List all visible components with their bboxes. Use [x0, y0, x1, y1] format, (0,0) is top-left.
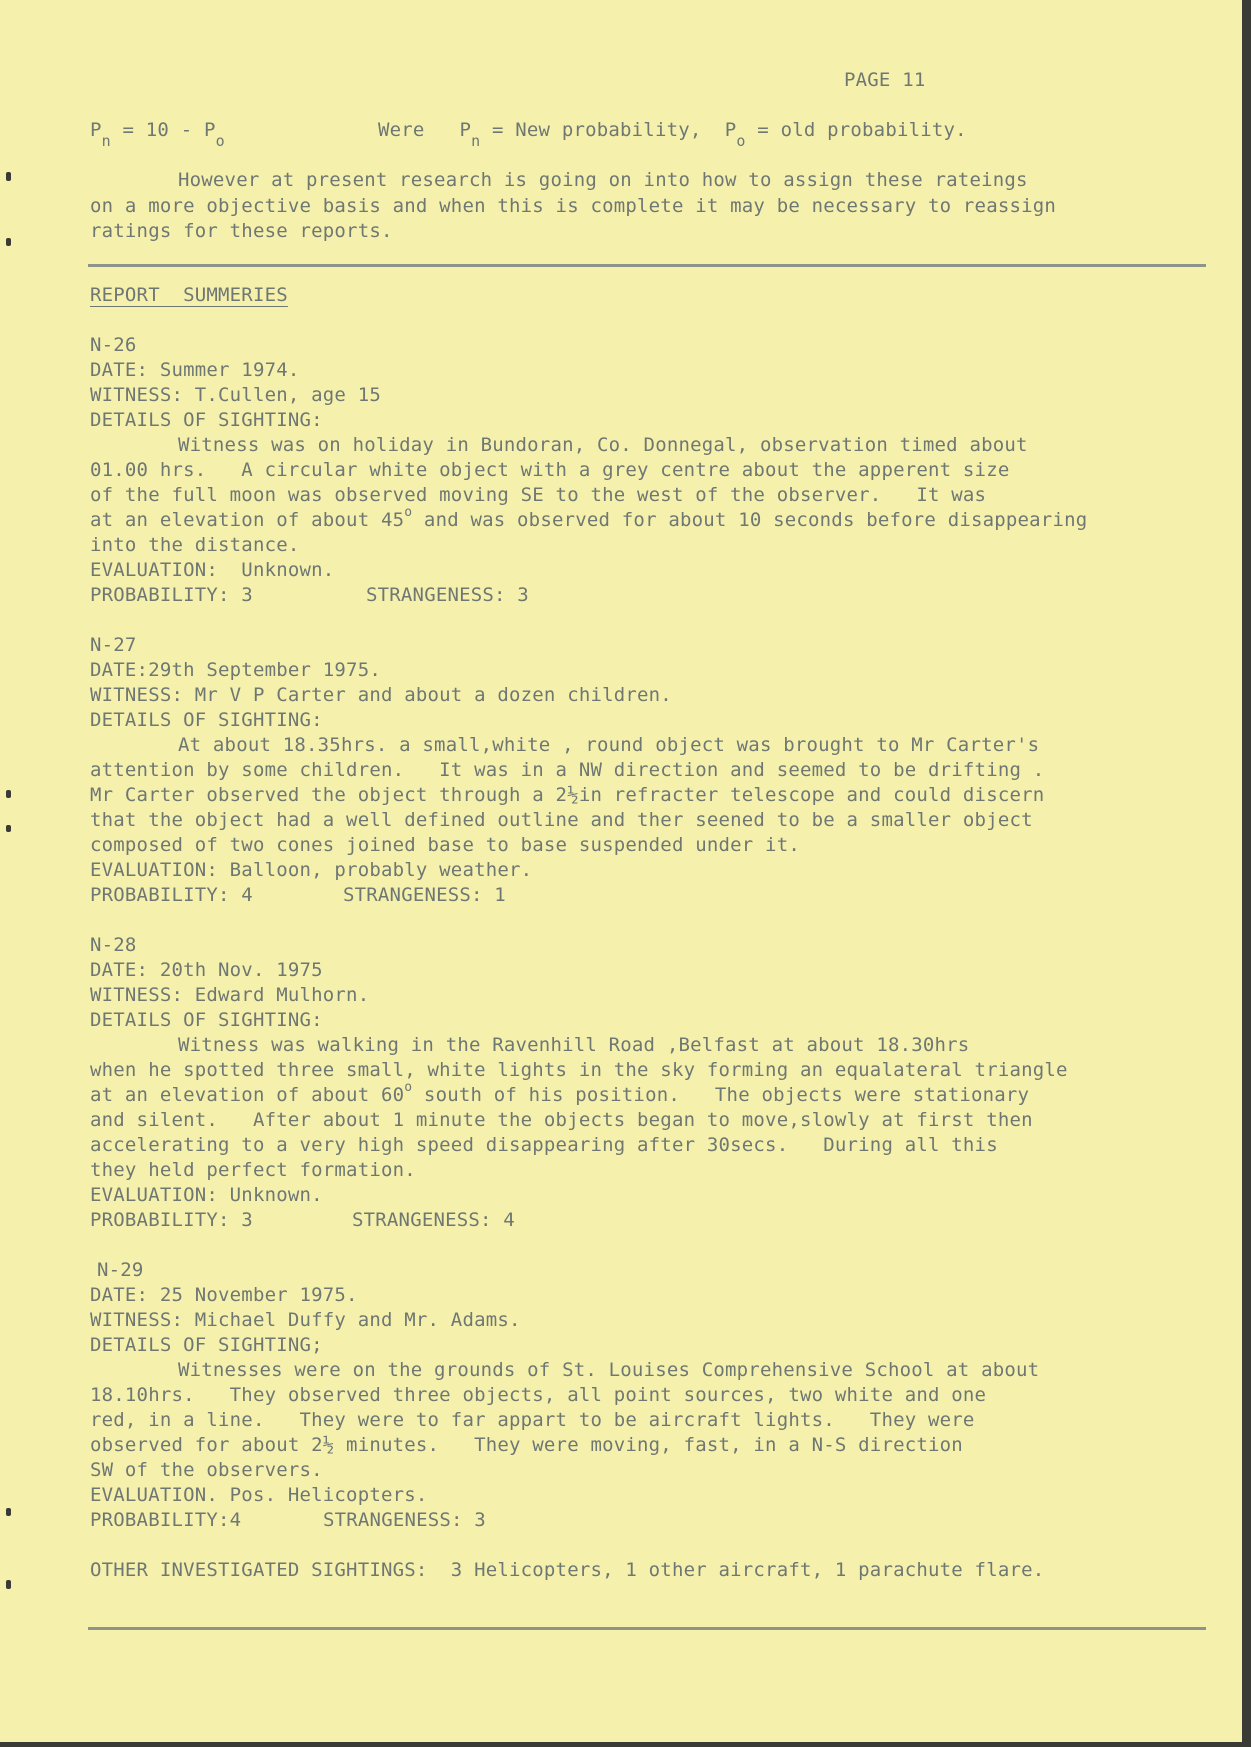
details-label: DETAILS OF SIGHTING:: [90, 1008, 323, 1032]
details-line: observed for about 2½ minutes. They were…: [90, 1433, 963, 1457]
details-line: 18.10hrs. They observed three objects, a…: [90, 1383, 986, 1407]
report-witness: WITNESS: Mr V P Carter and about a dozen…: [90, 683, 672, 707]
details-line: composed of two cones joined base to bas…: [90, 833, 800, 857]
report-id: N-27: [90, 633, 137, 657]
intro-line: on a more objective basis and when this …: [90, 194, 1056, 218]
details-line: accelerating to a very high speed disapp…: [90, 1133, 998, 1157]
details-line: Witness was on holiday in Bundoran, Co. …: [178, 433, 1028, 457]
page-edge-shadow: [1242, 0, 1251, 1747]
other-sightings: OTHER INVESTIGATED SIGHTINGS: 3 Helicopt…: [90, 1558, 1044, 1582]
details-line: when he spotted three small, white light…: [90, 1058, 1068, 1082]
details-line: SW of the observers.: [90, 1458, 323, 1482]
details-label: DETAILS OF SIGHTING:: [90, 408, 323, 432]
details-line: of the full moon was observed moving SE …: [90, 483, 986, 507]
report-date: DATE: Summer 1974.: [90, 358, 300, 382]
details-line: Witnesses were on the grounds of St. Lou…: [178, 1358, 1039, 1382]
page-edge-shadow: [0, 1742, 1251, 1747]
report-date: DATE: 20th Nov. 1975: [90, 958, 323, 982]
details-line: Mr Carter observed the object through a …: [90, 783, 1044, 807]
binding-mark: [6, 825, 11, 832]
intro-line: However at present research is going on …: [178, 168, 1028, 192]
report-evaluation: EVALUATION: Unknown.: [90, 1183, 323, 1207]
report-evaluation: EVALUATION: Unknown.: [90, 558, 334, 582]
report-id: N-26: [90, 333, 137, 357]
details-line: that the object had a well defined outli…: [90, 808, 1033, 832]
details-label: DETAILS OF SIGHTING;: [90, 1333, 323, 1357]
details-line: attention by some children. It was in a …: [90, 758, 1044, 782]
report-id: N-28: [90, 933, 137, 957]
report-date: DATE: 25 November 1975.: [90, 1283, 358, 1307]
report-evaluation: EVALUATION. Pos. Helicopters.: [90, 1483, 428, 1507]
divider: [88, 1627, 1206, 1630]
report-strangeness: STRANGENESS: 3: [323, 1508, 486, 1532]
report-probability: PROBABILITY:4: [90, 1508, 241, 1532]
details-line: Witness was walking in the Ravenhill Roa…: [178, 1033, 969, 1057]
binding-mark: [6, 238, 11, 246]
divider: [88, 264, 1206, 267]
report-probability: PROBABILITY: 3: [90, 583, 253, 607]
page-number: PAGE 11: [844, 68, 925, 92]
details-line: At about 18.35hrs. a small,white , round…: [178, 733, 1039, 757]
details-label: DETAILS OF SIGHTING:: [90, 708, 323, 732]
document-page: PAGE 11 Pn = 10 - Po Were Pn = New proba…: [0, 0, 1242, 1742]
report-probability: PROBABILITY: 4: [90, 883, 253, 907]
formula-definition: Were Pn = New probability, Po = old prob…: [378, 118, 967, 143]
binding-mark: [6, 1508, 11, 1516]
details-line: red, in a line. They were to far appart …: [90, 1408, 975, 1432]
details-line: 01.00 hrs. A circular white object with …: [90, 458, 1009, 482]
intro-line: ratings for these reports.: [90, 219, 393, 243]
report-probability: PROBABILITY: 3: [90, 1208, 253, 1232]
report-witness: WITNESS: Edward Mulhorn.: [90, 983, 369, 1007]
report-strangeness: STRANGENESS: 3: [366, 583, 529, 607]
binding-mark: [6, 790, 11, 798]
report-id: N-29: [97, 1258, 144, 1282]
report-witness: WITNESS: T.Cullen, age 15: [90, 383, 381, 407]
details-line: they held perfect formation.: [90, 1158, 416, 1182]
section-heading: REPORT SUMMERIES: [90, 283, 288, 307]
details-line: at an elevation of about 45o and was obs…: [90, 508, 1087, 535]
report-evaluation: EVALUATION: Balloon, probably weather.: [90, 858, 532, 882]
report-strangeness: STRANGENESS: 4: [352, 1208, 515, 1232]
details-line: and silent. After about 1 minute the obj…: [90, 1108, 1033, 1132]
details-line: at an elevation of about 60o south of hi…: [90, 1083, 1029, 1110]
binding-mark: [6, 1580, 11, 1589]
report-date: DATE:29th September 1975.: [90, 658, 381, 682]
report-strangeness: STRANGENESS: 1: [343, 883, 506, 907]
binding-mark: [6, 172, 11, 181]
formula: Pn = 10 - Po: [90, 118, 225, 143]
details-line: into the distance.: [90, 533, 300, 557]
report-witness: WITNESS: Michael Duffy and Mr. Adams.: [90, 1308, 521, 1332]
